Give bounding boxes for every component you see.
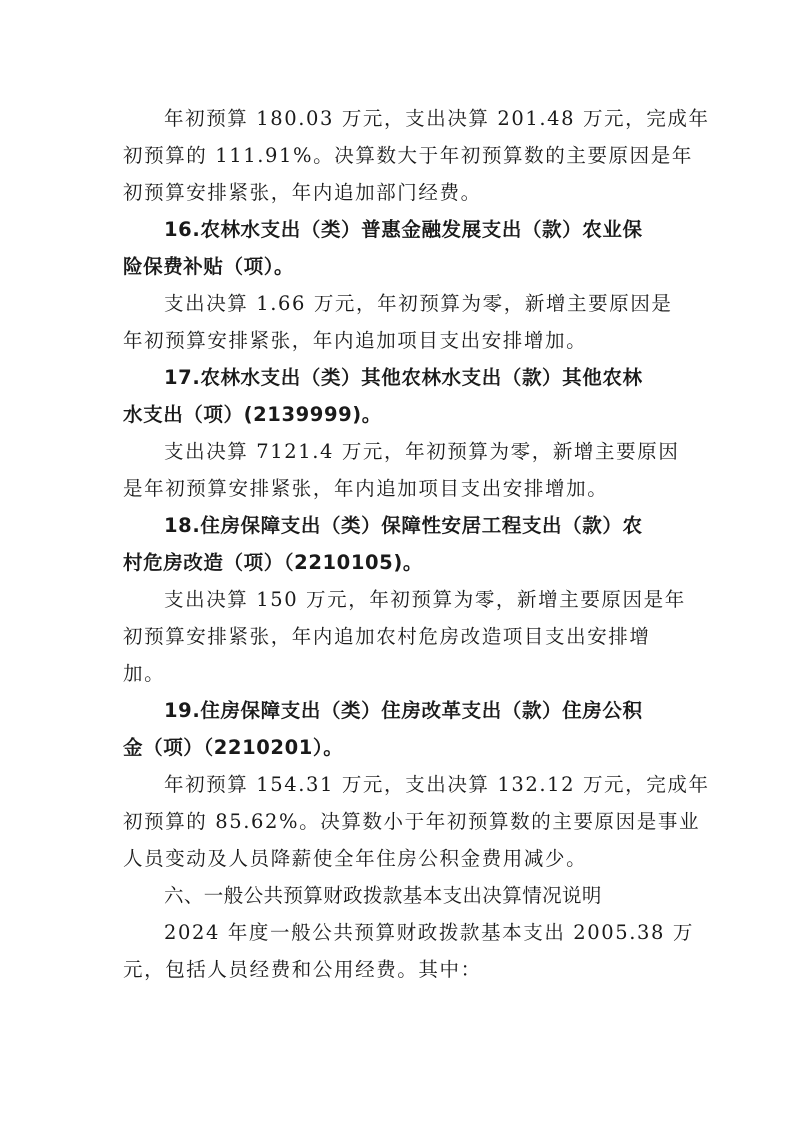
heading-line: 险保费补贴（项）。: [123, 248, 673, 285]
paragraph-item19-detail: 年初预算 154.31 万元，支出决算 132.12 万元，完成年 初预算的 8…: [123, 766, 673, 877]
text-line: 年初预算安排紧张，年内追加项目支出安排增加。: [123, 322, 673, 359]
text-line: 初预算的 111.91%。决算数大于年初预算数的主要原因是年: [123, 137, 673, 174]
heading-line: 18.住房保障支出（类）保障性安居工程支出（款）农: [123, 507, 673, 544]
heading-item-18: 18.住房保障支出（类）保障性安居工程支出（款）农 村危房改造（项）（22101…: [123, 507, 673, 581]
heading-line: 村危房改造（项）（2210105)。: [123, 544, 673, 581]
text-line: 支出决算 150 万元，年初预算为零，新增主要原因是年: [123, 581, 673, 618]
heading-line: 金（项）（2210201）。: [123, 729, 673, 766]
paragraph-item16-detail: 支出决算 1.66 万元，年初预算为零，新增主要原因是 年初预算安排紧张，年内追…: [123, 285, 673, 359]
heading-line: 16.农林水支出（类）普惠金融发展支出（款）农业保: [123, 211, 673, 248]
paragraph-item18-detail: 支出决算 150 万元，年初预算为零，新增主要原因是年 初预算安排紧张，年内追加…: [123, 581, 673, 692]
section-heading-6: 六、一般公共预算财政拨款基本支出决算情况说明: [123, 877, 673, 914]
text-line: 加。: [123, 655, 673, 692]
text-line: 支出决算 7121.4 万元，年初预算为零，新增主要原因: [123, 433, 673, 470]
text-line: 元，包括人员经费和公用经费。其中：: [123, 951, 673, 988]
text-line: 2024 年度一般公共预算财政拨款基本支出 2005.38 万: [123, 914, 673, 951]
paragraph-basic-expenditure: 2024 年度一般公共预算财政拨款基本支出 2005.38 万 元，包括人员经费…: [123, 914, 673, 988]
text-line: 初预算的 85.62%。决算数小于年初预算数的主要原因是事业: [123, 803, 673, 840]
paragraph-item17-detail: 支出决算 7121.4 万元，年初预算为零，新增主要原因 是年初预算安排紧张，年…: [123, 433, 673, 507]
section-title: 六、一般公共预算财政拨款基本支出决算情况说明: [123, 877, 673, 914]
text-line: 人员变动及人员降薪使全年住房公积金费用减少。: [123, 840, 673, 877]
text-line: 初预算安排紧张，年内追加农村危房改造项目支出安排增: [123, 618, 673, 655]
text-line: 年初预算 180.03 万元，支出决算 201.48 万元，完成年: [123, 100, 673, 137]
document-page: 年初预算 180.03 万元，支出决算 201.48 万元，完成年 初预算的 1…: [123, 100, 673, 988]
heading-line: 水支出（项）(2139999)。: [123, 396, 673, 433]
heading-item-19: 19.住房保障支出（类）住房改革支出（款）住房公积 金（项）（2210201）。: [123, 692, 673, 766]
text-line: 支出决算 1.66 万元，年初预算为零，新增主要原因是: [123, 285, 673, 322]
heading-line: 19.住房保障支出（类）住房改革支出（款）住房公积: [123, 692, 673, 729]
paragraph-item15-detail: 年初预算 180.03 万元，支出决算 201.48 万元，完成年 初预算的 1…: [123, 100, 673, 211]
text-line: 年初预算 154.31 万元，支出决算 132.12 万元，完成年: [123, 766, 673, 803]
heading-item-16: 16.农林水支出（类）普惠金融发展支出（款）农业保 险保费补贴（项）。: [123, 211, 673, 285]
text-line: 初预算安排紧张，年内追加部门经费。: [123, 174, 673, 211]
text-line: 是年初预算安排紧张，年内追加项目支出安排增加。: [123, 470, 673, 507]
heading-item-17: 17.农林水支出（类）其他农林水支出（款）其他农林 水支出（项）(2139999…: [123, 359, 673, 433]
heading-line: 17.农林水支出（类）其他农林水支出（款）其他农林: [123, 359, 673, 396]
